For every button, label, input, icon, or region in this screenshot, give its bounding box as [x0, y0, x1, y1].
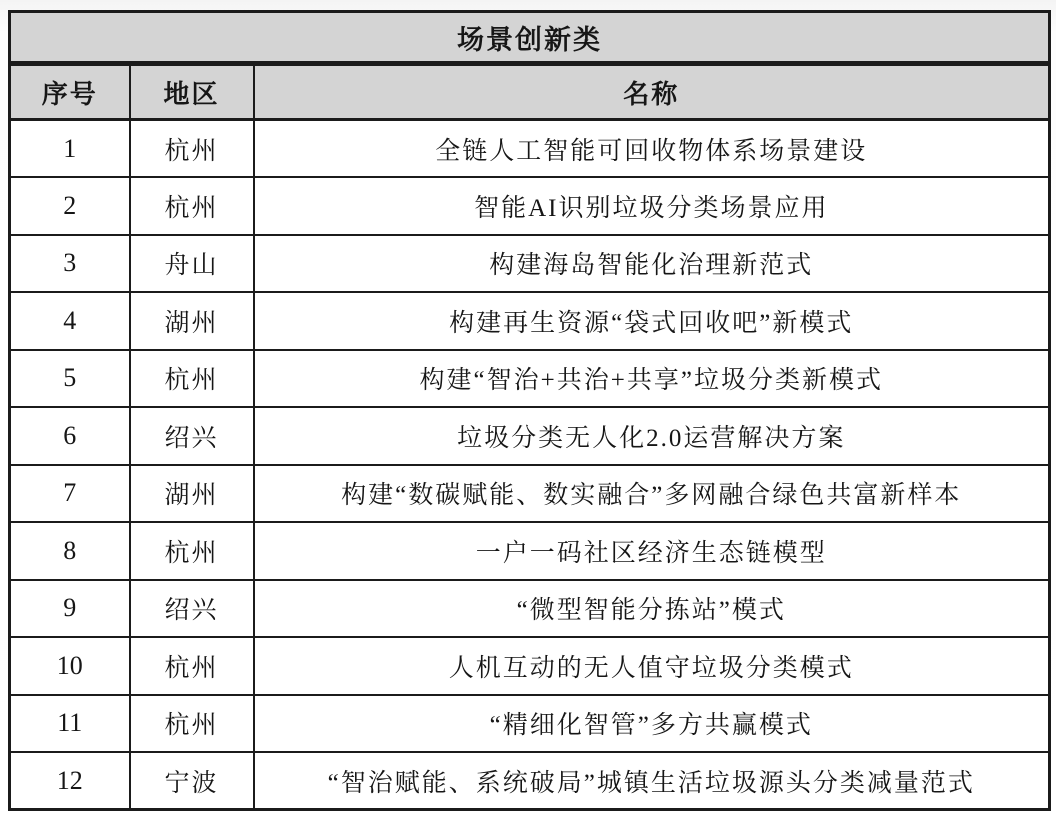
- column-header-name: 名称: [254, 64, 1050, 120]
- column-header-no: 序号: [10, 64, 130, 120]
- cell-serial-number: 6: [10, 407, 130, 465]
- table-row: 3 舟山 构建海岛智能化治理新范式: [10, 235, 1050, 293]
- cell-project-name: 智能AI识别垃圾分类场景应用: [254, 177, 1050, 235]
- cell-region: 湖州: [130, 292, 254, 350]
- table-row: 12 宁波 “智治赋能、系统破局”城镇生活垃圾源头分类减量范式: [10, 752, 1050, 810]
- table-row: 10 杭州 人机互动的无人值守垃圾分类模式: [10, 637, 1050, 695]
- cell-region: 湖州: [130, 465, 254, 523]
- cell-serial-number: 8: [10, 522, 130, 580]
- cell-region: 杭州: [130, 637, 254, 695]
- cell-project-name: “智治赋能、系统破局”城镇生活垃圾源头分类减量范式: [254, 752, 1050, 810]
- cell-project-name: 构建“数碳赋能、数实融合”多网融合绿色共富新样本: [254, 465, 1050, 523]
- table-row: 9 绍兴 “微型智能分拣站”模式: [10, 580, 1050, 638]
- cell-serial-number: 12: [10, 752, 130, 810]
- table-header-row: 序号 地区 名称: [10, 64, 1050, 120]
- table-row: 8 杭州 一户一码社区经济生态链模型: [10, 522, 1050, 580]
- table-row: 11 杭州 “精细化智管”多方共赢模式: [10, 695, 1050, 753]
- cell-serial-number: 11: [10, 695, 130, 753]
- table-row: 1 杭州 全链人工智能可回收物体系场景建设: [10, 120, 1050, 178]
- cell-project-name: 垃圾分类无人化2.0运营解决方案: [254, 407, 1050, 465]
- cell-project-name: “精细化智管”多方共赢模式: [254, 695, 1050, 753]
- table-row: 6 绍兴 垃圾分类无人化2.0运营解决方案: [10, 407, 1050, 465]
- cell-region: 绍兴: [130, 407, 254, 465]
- cell-region: 绍兴: [130, 580, 254, 638]
- cell-serial-number: 3: [10, 235, 130, 293]
- cell-serial-number: 2: [10, 177, 130, 235]
- cell-project-name: 全链人工智能可回收物体系场景建设: [254, 120, 1050, 178]
- cell-serial-number: 4: [10, 292, 130, 350]
- cell-serial-number: 5: [10, 350, 130, 408]
- table-row: 7 湖州 构建“数碳赋能、数实融合”多网融合绿色共富新样本: [10, 465, 1050, 523]
- cell-serial-number: 9: [10, 580, 130, 638]
- table-title: 场景创新类: [10, 12, 1050, 64]
- cell-region: 杭州: [130, 695, 254, 753]
- table-row: 2 杭州 智能AI识别垃圾分类场景应用: [10, 177, 1050, 235]
- cell-region: 杭州: [130, 120, 254, 178]
- cell-project-name: 构建“智治+共治+共享”垃圾分类新模式: [254, 350, 1050, 408]
- cell-project-name: “微型智能分拣站”模式: [254, 580, 1050, 638]
- cell-region: 杭州: [130, 177, 254, 235]
- cell-serial-number: 7: [10, 465, 130, 523]
- cell-region: 舟山: [130, 235, 254, 293]
- cell-project-name: 人机互动的无人值守垃圾分类模式: [254, 637, 1050, 695]
- table-row: 4 湖州 构建再生资源“袋式回收吧”新模式: [10, 292, 1050, 350]
- table-title-row: 场景创新类: [10, 12, 1050, 64]
- table-body: 1 杭州 全链人工智能可回收物体系场景建设 2 杭州 智能AI识别垃圾分类场景应…: [10, 120, 1050, 810]
- column-header-region: 地区: [130, 64, 254, 120]
- cell-region: 杭州: [130, 522, 254, 580]
- cell-serial-number: 1: [10, 120, 130, 178]
- table-row: 5 杭州 构建“智治+共治+共享”垃圾分类新模式: [10, 350, 1050, 408]
- cell-region: 杭州: [130, 350, 254, 408]
- scene-innovation-table: 场景创新类 序号 地区 名称 1 杭州 全链人工智能可回收物体系场景建设 2 杭…: [8, 10, 1051, 811]
- cell-project-name: 构建再生资源“袋式回收吧”新模式: [254, 292, 1050, 350]
- cell-project-name: 一户一码社区经济生态链模型: [254, 522, 1050, 580]
- document-page: 场景创新类 序号 地区 名称 1 杭州 全链人工智能可回收物体系场景建设 2 杭…: [0, 0, 1056, 824]
- cell-region: 宁波: [130, 752, 254, 810]
- cell-project-name: 构建海岛智能化治理新范式: [254, 235, 1050, 293]
- cell-serial-number: 10: [10, 637, 130, 695]
